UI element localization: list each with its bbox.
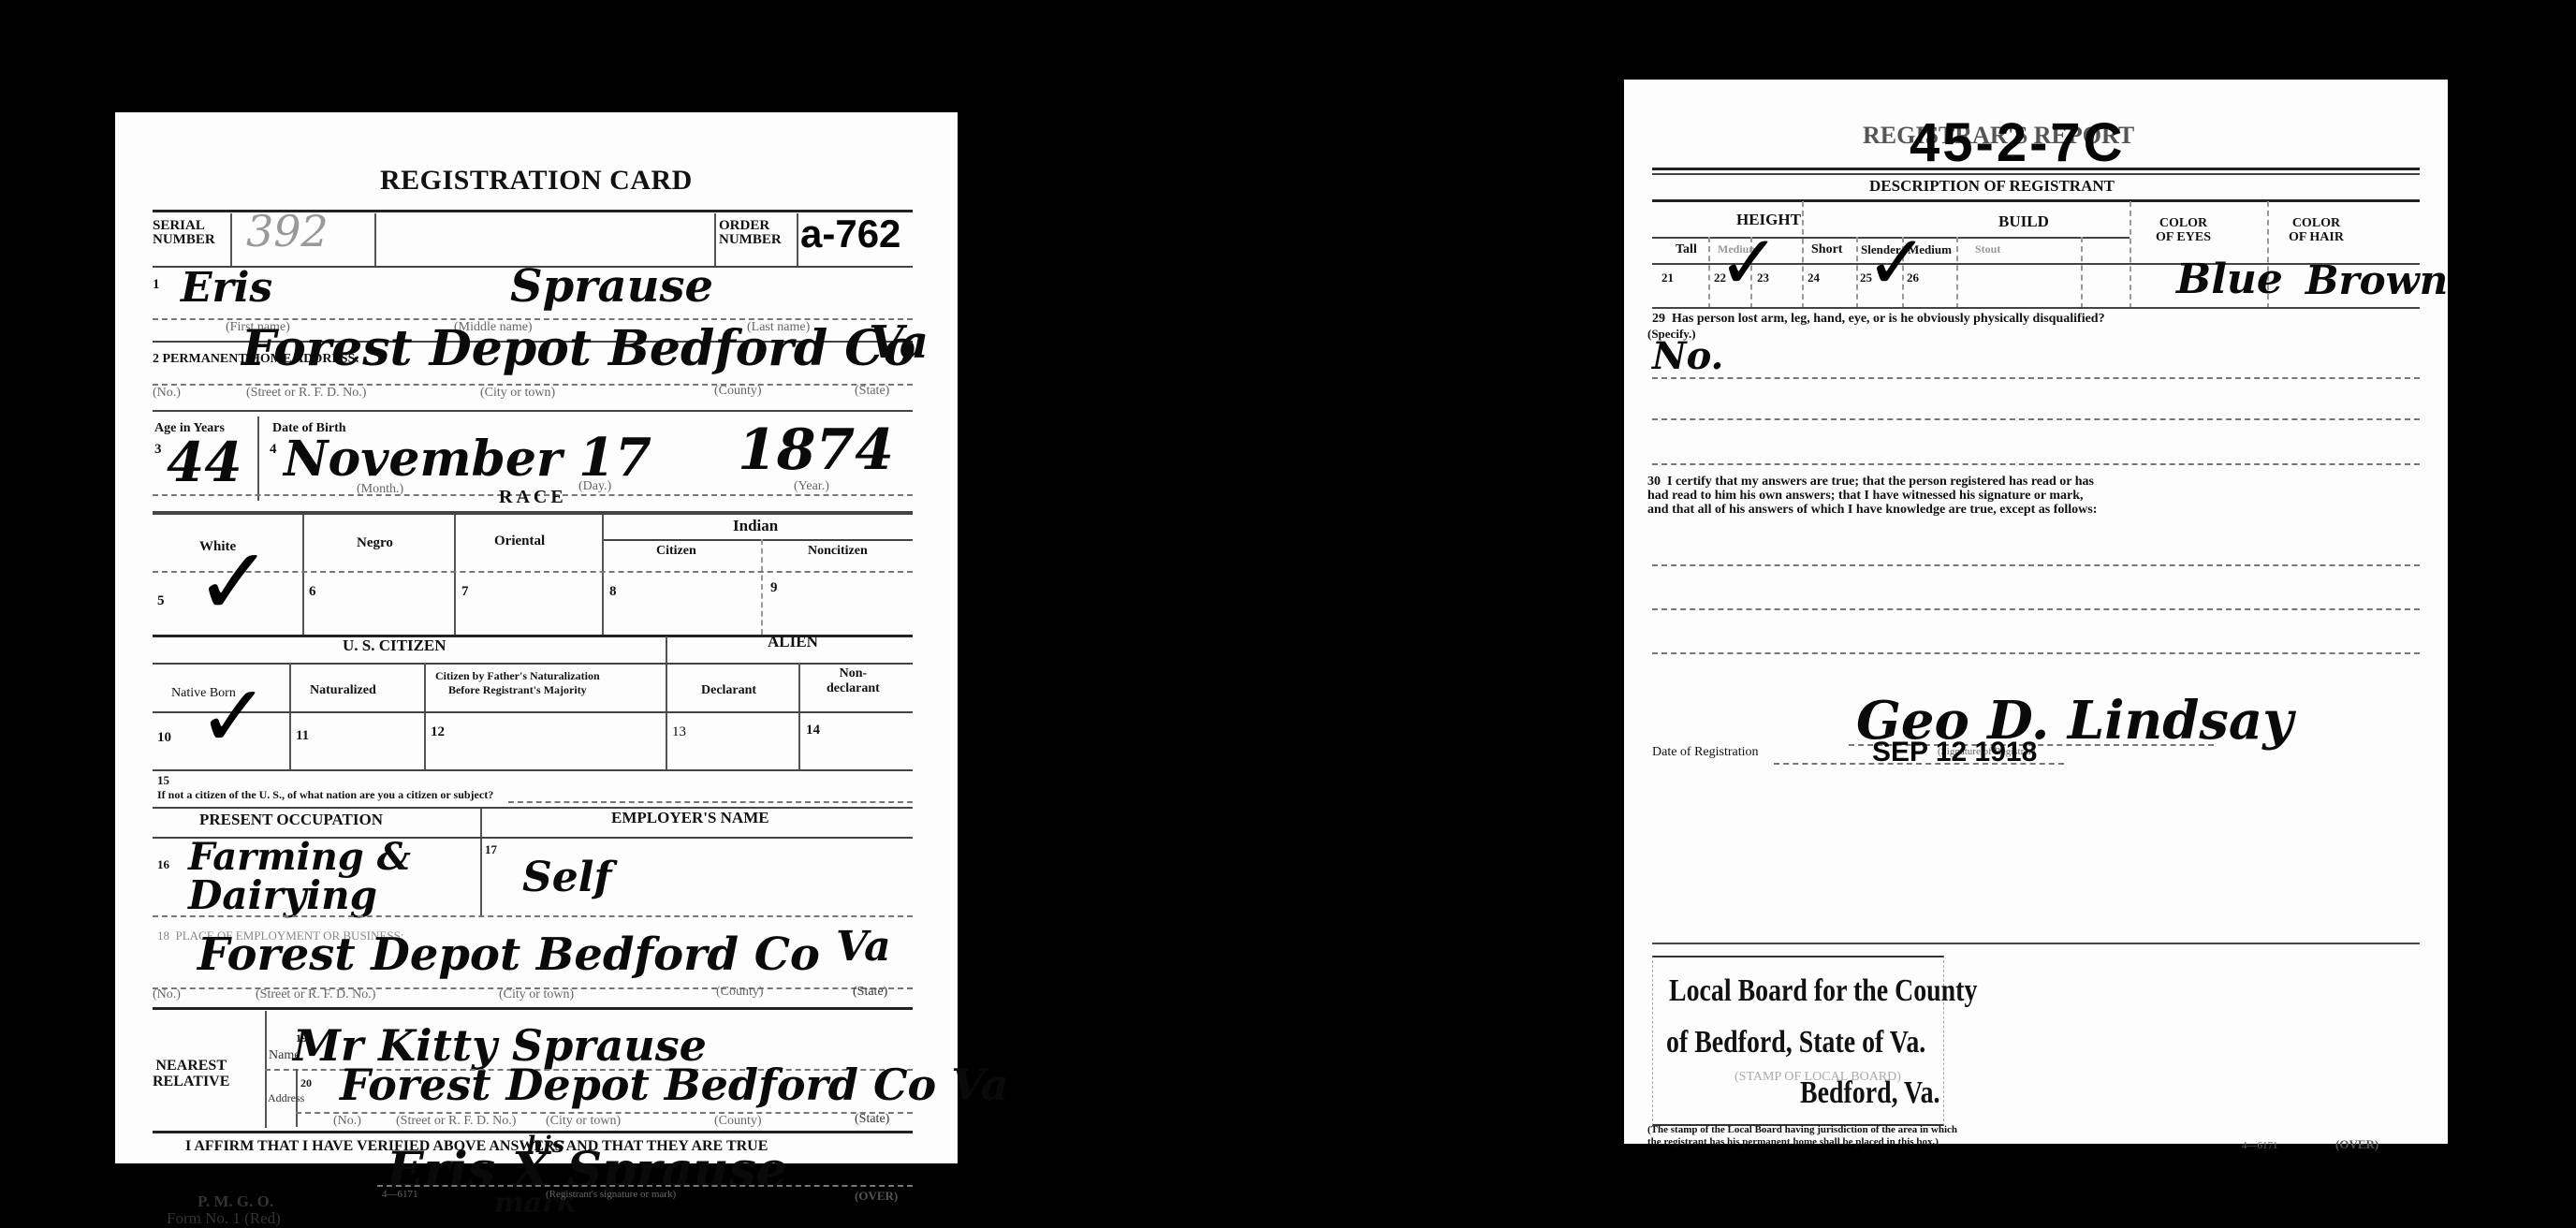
q30-text: I certify that my answers are true; that… [1667,475,2094,489]
order-label-line2: NUMBER [719,233,782,247]
place-of-employment-value: Forest Depot Bedford Co [198,928,820,981]
rule [153,915,913,917]
caption-city: (City or town) [499,987,574,1002]
place-of-employment-state: Va [836,923,891,971]
rule [1652,418,2420,420]
stamp-number: 45-2-7C [1910,111,2126,174]
caption-state: (State) [855,384,889,399]
form-number: Form No. 1 (Red) [167,1209,281,1228]
field-number: 4 [270,442,277,458]
field-number: 18 [157,928,169,943]
label-line2: OF EYES [2156,230,2211,244]
age-value: 44 [167,431,242,494]
label-line1: COLOR [2289,216,2344,230]
caption-county: (County) [716,985,764,1000]
caption-county: (County) [714,1114,762,1129]
build-stout-label: Stout [1975,242,2000,256]
divider [714,213,716,266]
rule [1774,763,2064,765]
card-title: REGISTRATION CARD [380,165,693,197]
nearest-relative-label: NEAREST RELATIVE [153,1058,229,1089]
print-number: 4—6171 [2242,1140,2278,1151]
form-code: P. M. G. O. [198,1192,273,1211]
rule [153,807,913,809]
occupation-value-line2: Dairying [188,872,377,918]
indian-header: Indian [733,517,778,535]
divider [1856,237,1858,309]
label-line2: RELATIVE [153,1074,229,1089]
caption-day: (Day.) [578,479,611,494]
caption-county: (County) [714,384,762,399]
build-medium-check-icon: ✓ [1866,226,1928,300]
q30-line3: and that all of his answers of which I h… [1647,503,2097,517]
rule [1652,307,2420,309]
footnote-line2: the registrant has his permanent home sh… [1647,1136,1957,1148]
over-label: (OVER) [855,1189,898,1204]
height-tall-label: Tall [1676,242,1697,257]
naturalized-label: Naturalized [310,683,376,698]
relative-address-label: Address [268,1091,304,1105]
rule [602,539,913,541]
eye-color-value: Blue [2176,256,2283,303]
rule [1652,943,2420,944]
field-number: 7 [461,584,469,600]
q29-answer: No. [1652,334,1723,378]
caption-no: (No.) [333,1114,361,1129]
caption-no: (No.) [153,386,181,401]
q29-label: 29 Has person lost arm, leg, hand, eye, … [1652,312,2105,327]
rule [1652,168,2420,170]
label-line2: Before Registrant's Majority [435,683,600,697]
label-line1: COLOR [2156,216,2211,230]
caption-city: (City or town) [480,386,555,401]
rule [153,410,913,412]
citizen-by-father-label: Citizen by Father's Naturalization Befor… [435,669,600,697]
board-stamp-line3: Bedford, Va. [1800,1075,1940,1111]
label-line2: declarant [827,681,880,696]
present-occupation-header: PRESENT OCCUPATION [199,811,383,829]
q30-line1: 30 I certify that my answers are true; t… [1647,475,2097,489]
field-number: 1 [153,277,160,293]
over-label: (OVER) [2335,1137,2378,1152]
divider [2130,201,2131,309]
caption-state: (State) [855,1112,889,1127]
rule [1652,564,2420,566]
rule [1652,199,2420,202]
field-number: 17 [485,842,497,857]
field-number: 2 [153,352,159,366]
rule [1652,173,2420,175]
race-indian-noncitizen-label: Noncitizen [808,544,868,559]
order-label-line1: ORDER [719,219,782,233]
field-number: 9 [770,580,778,596]
q15-label: If not a citizen of the U. S., of what n… [157,788,493,802]
label-line2: OF HAIR [2289,230,2344,244]
field-number: 29 [1652,312,1665,326]
rule [1652,463,2420,465]
field-number: 15 [157,773,169,788]
caption-state: (State) [853,985,887,1000]
divider [798,663,800,769]
divider [1956,237,1958,309]
caption-month: (Month.) [357,482,403,497]
board-stamp-line1: Local Board for the County [1669,973,1977,1009]
field-number: 21 [1661,270,1674,285]
field-number: 11 [296,728,309,744]
serial-number-value: 392 [246,206,329,256]
caption-no: (No.) [153,987,181,1002]
address-state-value: Va [869,316,929,369]
divider [302,515,304,635]
field-number: 30 [1647,475,1661,489]
hair-color-label: COLOR OF HAIR [2289,216,2344,244]
employers-name-header: EMPLOYER'S NAME [611,809,769,827]
signature-caption: (Registrant's signature or mark) [546,1189,676,1200]
field-number: 16 [157,857,169,872]
rule [153,513,913,515]
rule [153,1007,913,1010]
board-stamp-line2: of Bedford, State of Va. [1666,1025,1925,1060]
serial-label-line2: NUMBER [153,233,215,247]
employer-value: Self [522,854,611,901]
first-name-value: Eris [181,264,272,312]
relative-address-value: Forest Depot Bedford Co Va [340,1060,1009,1110]
label-line1: Citizen by Father's Naturalization [435,669,600,683]
caption-street: (Street or R. F. D. No.) [256,987,375,1002]
race-header: RACE [499,487,567,508]
eyes-color-label: COLOR OF EYES [2156,216,2211,244]
divider [374,213,376,266]
alien-header: ALIEN [768,633,818,651]
field-number: 8 [609,584,617,600]
q30-statement: 30 I certify that my answers are true; t… [1647,475,2097,517]
caption-street: (Street or R. F. D. No.) [396,1114,516,1129]
declarant-label: Declarant [701,683,756,698]
label-line1: Non- [827,666,880,681]
field-number: 5 [157,593,165,609]
race-oriental-label: Oriental [494,534,545,549]
registration-card-back: REGISTRAR'S REPORT 45-2-7C DESCRIPTION O… [1624,80,2448,1144]
field-number: 13 [672,724,686,740]
divider [797,213,798,266]
description-subtitle: DESCRIPTION OF REGISTRANT [1869,177,2115,196]
field-number: 20 [300,1076,312,1090]
order-number-value: a-762 [800,212,900,256]
order-number-label: ORDER NUMBER [719,219,782,247]
rule [1652,377,2420,379]
race-negro-label: Negro [357,535,393,551]
caption-street: (Street or R. F. D. No.) [246,386,366,401]
divider [1802,201,1804,309]
rule [1652,608,2420,610]
rule [1652,652,2420,654]
registration-card-front: REGISTRATION CARD SERIAL NUMBER 392 ORDE… [115,112,958,1163]
divider [2081,237,2083,309]
race-white-check-icon: ✓ [195,535,273,629]
footnote-line1: (The stamp of the Local Board having jur… [1647,1124,1957,1136]
non-declarant-label: Non- declarant [827,666,880,696]
hair-color-value: Brown [2305,257,2448,303]
field-number: 12 [431,724,445,740]
height-short-label: Short [1811,242,1842,257]
field-number: 24 [1808,270,1820,285]
label-line1: NEAREST [153,1058,229,1074]
race-indian-citizen-label: Citizen [656,544,696,559]
caption-city: (City or town) [546,1114,621,1129]
dob-year-value: 1874 [738,417,894,483]
rule [153,769,913,771]
address-value: Forest Depot Bedford Co [241,320,915,377]
rule [377,1185,913,1187]
stamp-footnote: (The stamp of the Local Board having jur… [1647,1124,1957,1148]
divider [230,213,232,266]
field-number: 6 [309,584,316,600]
divider [761,539,763,635]
divider [602,515,604,635]
rule [508,801,913,803]
caption-year: (Year.) [794,479,829,494]
dob-month-value: November [284,431,562,488]
field-number: 3 [154,442,162,458]
us-citizen-header: U. S. CITIZEN [343,636,446,655]
divider [480,809,482,916]
divider [666,636,667,769]
divider [257,417,259,501]
print-number: 4—6171 [382,1189,418,1200]
field-number: 14 [806,723,820,738]
divider [424,663,426,769]
native-born-check-icon: ✓ [198,674,270,760]
divider [454,515,456,635]
build-header: BUILD [1998,212,2049,231]
field-number: 10 [157,730,171,746]
q30-line2: had read to him his own answers; that I … [1647,489,2097,503]
q29-text: Has person lost arm, leg, hand, eye, or … [1672,312,2105,326]
height-medium-check-icon: ✓ [1718,226,1780,300]
serial-label-line1: SERIAL [153,219,215,233]
date-of-registration-label: Date of Registration [1652,745,1759,760]
last-name-value: Sprause [510,260,713,313]
divider [289,663,291,769]
serial-number-label: SERIAL NUMBER [153,219,215,247]
divider [1708,237,1710,309]
